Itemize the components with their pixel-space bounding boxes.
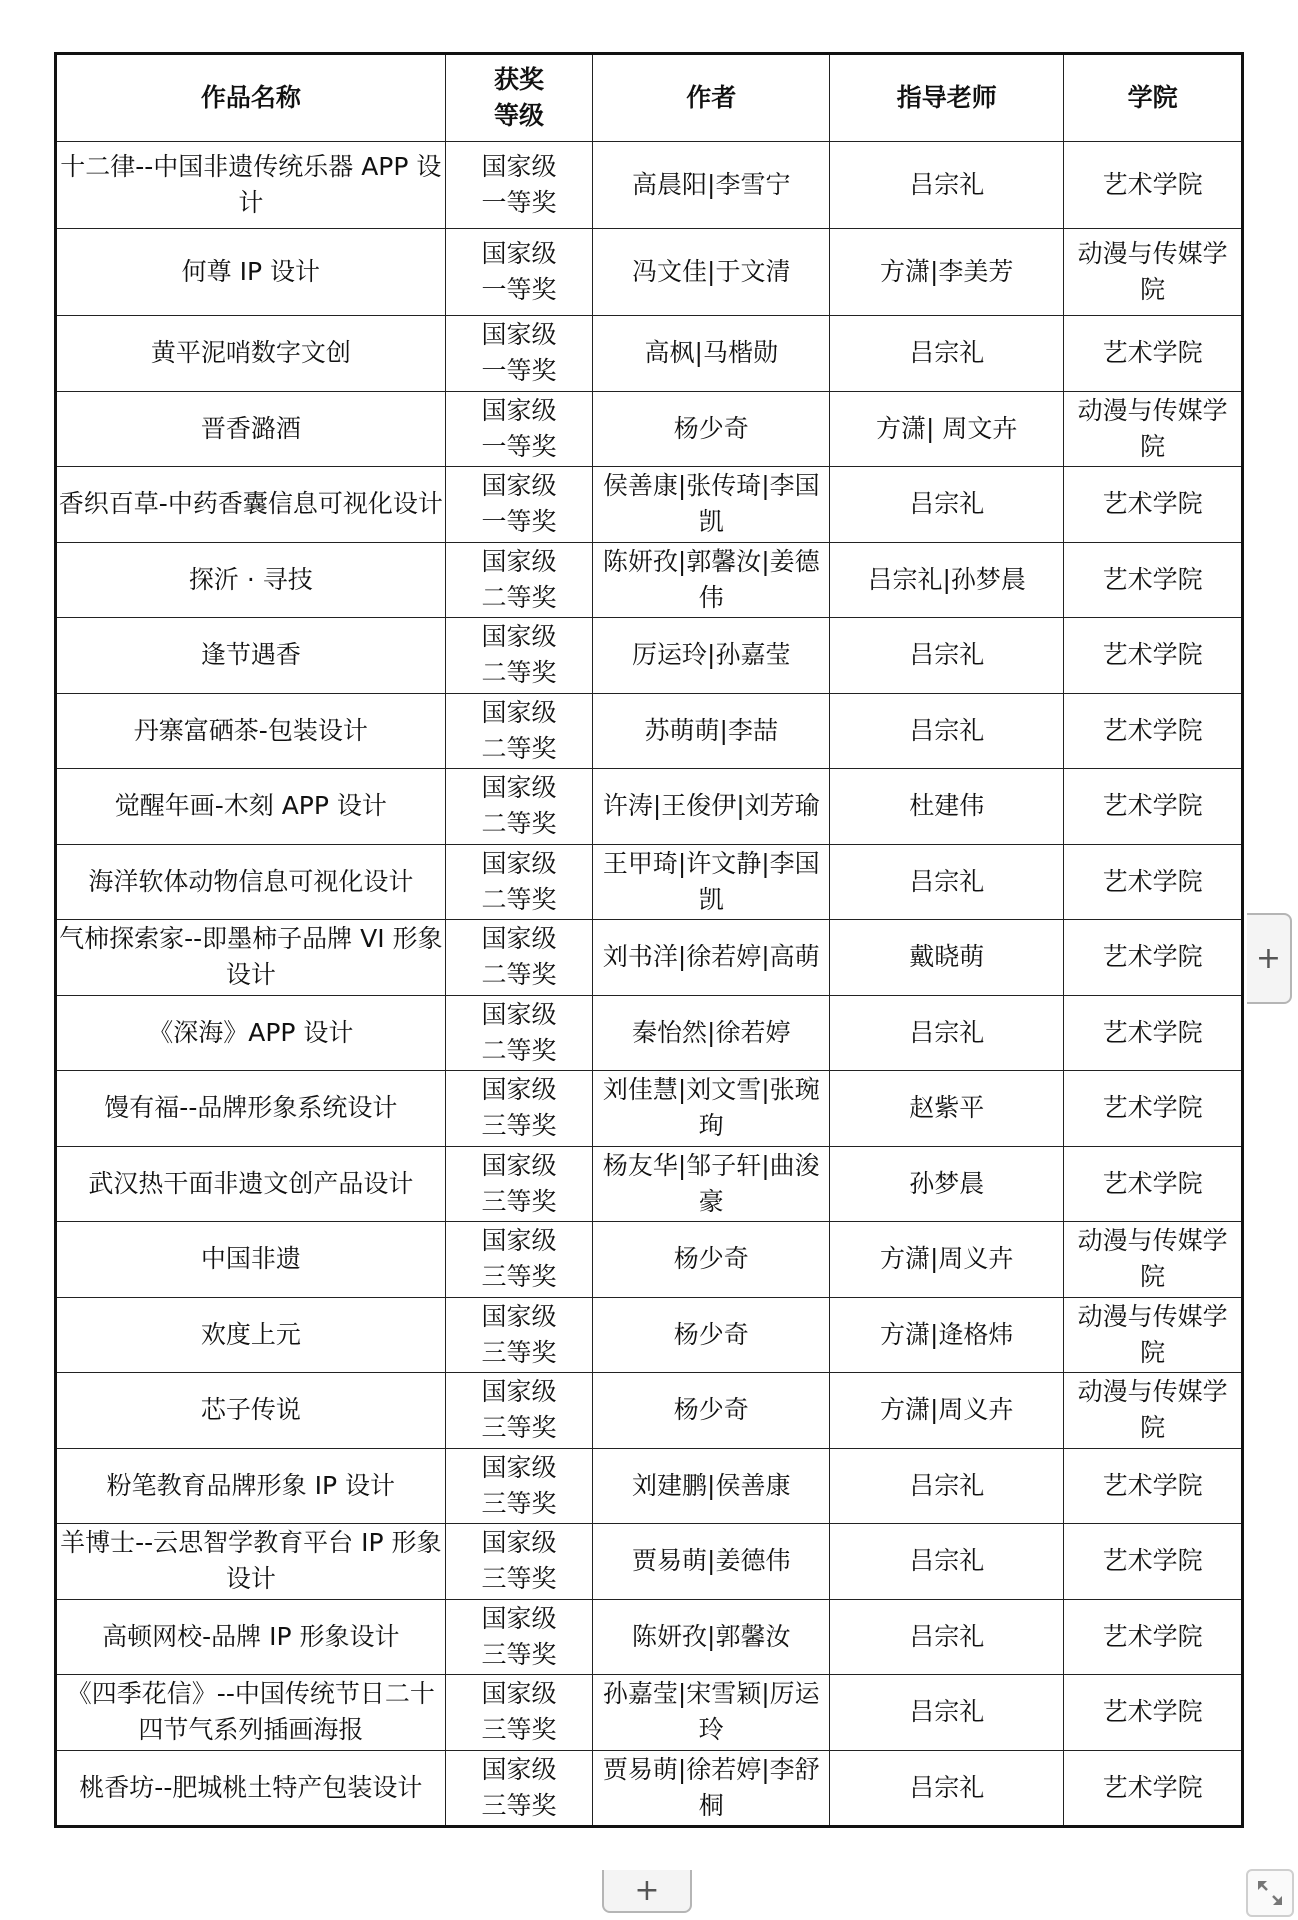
cell-award: 国家级三等奖 <box>445 1524 593 1600</box>
cell-award: 国家级三等奖 <box>445 1071 593 1147</box>
cell-authors: 贾易萌|徐若婷|李舒桐 <box>593 1750 830 1827</box>
cell-authors: 贾易萌|姜德伟 <box>593 1524 830 1600</box>
award-level: 国家级 <box>481 152 556 181</box>
award-level: 国家级 <box>481 773 556 802</box>
cell-title: 欢度上元 <box>56 1297 446 1373</box>
cell-authors: 杨少奇 <box>593 1373 830 1449</box>
cell-advisor: 吕宗礼 <box>830 844 1064 920</box>
cell-title: 香织百草-中药香囊信息可视化设计 <box>56 467 446 543</box>
table-row: 香织百草-中药香囊信息可视化设计国家级一等奖侯善康|张传琦|李国凯吕宗礼艺术学院 <box>56 467 1243 543</box>
add-row-button[interactable]: + <box>602 1870 692 1913</box>
resize-diagonal-icon <box>1254 1877 1286 1909</box>
cell-award: 国家级三等奖 <box>445 1373 593 1449</box>
award-prize: 一等奖 <box>481 507 556 536</box>
cell-title: 丹寨富硒茶-包装设计 <box>56 693 446 769</box>
cell-college: 艺术学院 <box>1064 542 1243 618</box>
award-level: 国家级 <box>481 622 556 651</box>
cell-college: 艺术学院 <box>1064 769 1243 845</box>
cell-advisor: 杜建伟 <box>830 769 1064 845</box>
award-prize: 三等奖 <box>481 1564 556 1593</box>
cell-college: 艺术学院 <box>1064 693 1243 769</box>
cell-authors: 冯文佳|于文清 <box>593 229 830 316</box>
advisor-text: 方潇|周义卉 <box>877 1392 1017 1428</box>
table-row: 十二律--中国非遗传统乐器 APP 设计国家级一等奖高晨阳|李雪宁吕宗礼艺术学院 <box>56 142 1243 229</box>
cell-advisor: 吕宗礼 <box>830 1675 1064 1751</box>
table-row: 《深海》APP 设计国家级二等奖秦怡然|徐若婷吕宗礼艺术学院 <box>56 995 1243 1071</box>
table-row: 《四季花信》--中国传统节日二十四节气系列插画海报国家级三等奖孙嘉莹|宋雪颖|厉… <box>56 1675 1243 1751</box>
cell-authors: 杨少奇 <box>593 1222 830 1298</box>
cell-title: 何尊 IP 设计 <box>56 229 446 316</box>
cell-advisor: 方潇|周义卉 <box>830 1222 1064 1298</box>
cell-award: 国家级二等奖 <box>445 693 593 769</box>
cell-college: 艺术学院 <box>1064 1448 1243 1524</box>
advisor-text: 方潇|逄格炜 <box>877 1317 1017 1353</box>
cell-title: 中国非遗 <box>56 1222 446 1298</box>
cell-college: 艺术学院 <box>1064 1599 1243 1675</box>
cell-advisor: 吕宗礼 <box>830 316 1064 392</box>
cell-college: 动漫与传媒学院 <box>1064 1373 1243 1449</box>
award-prize: 三等奖 <box>481 1489 556 1518</box>
award-prize: 三等奖 <box>481 1791 556 1820</box>
cell-title: 海洋软体动物信息可视化设计 <box>56 844 446 920</box>
cell-title: 芯子传说 <box>56 1373 446 1449</box>
cell-advisor: 吕宗礼 <box>830 693 1064 769</box>
award-level: 国家级 <box>481 1075 556 1104</box>
cell-college: 艺术学院 <box>1064 142 1243 229</box>
cell-award: 国家级二等奖 <box>445 844 593 920</box>
award-prize: 二等奖 <box>481 734 556 763</box>
awards-table: 作品名称 获奖等级 作者 指导老师 学院 十二律--中国非遗传统乐器 APP 设… <box>54 52 1244 1828</box>
award-prize: 二等奖 <box>481 809 556 838</box>
award-level: 国家级 <box>481 1755 556 1784</box>
cell-advisor: 孙梦晨 <box>830 1146 1064 1222</box>
cell-authors: 陈妍孜|郭馨汝 <box>593 1599 830 1675</box>
cell-authors: 刘佳慧|刘文雪|张琬珣 <box>593 1071 830 1147</box>
award-level: 国家级 <box>481 1151 556 1180</box>
cell-college: 艺术学院 <box>1064 467 1243 543</box>
cell-authors: 王甲琦|许文静|李国凯 <box>593 844 830 920</box>
cell-title: 晋香潞酒 <box>56 391 446 467</box>
table-row: 气柿探索家--即墨柿子品牌 VI 形象设计国家级二等奖刘书洋|徐若婷|高萌戴晓萌… <box>56 920 1243 996</box>
table-row: 探沂 · 寻技国家级二等奖陈妍孜|郭馨汝|姜德伟吕宗礼|孙梦晨艺术学院 <box>56 542 1243 618</box>
cell-advisor: 吕宗礼 <box>830 995 1064 1071</box>
award-level: 国家级 <box>481 1679 556 1708</box>
cell-award: 国家级三等奖 <box>445 1297 593 1373</box>
cell-advisor: 吕宗礼 <box>830 1524 1064 1600</box>
award-level: 国家级 <box>481 1377 556 1406</box>
table-row: 粉笔教育品牌形象 IP 设计国家级三等奖刘建鹏|侯善康吕宗礼艺术学院 <box>56 1448 1243 1524</box>
table-row: 觉醒年画-木刻 APP 设计国家级二等奖许涛|王俊伊|刘芳瑜杜建伟艺术学院 <box>56 769 1243 845</box>
cell-award: 国家级三等奖 <box>445 1599 593 1675</box>
award-prize: 一等奖 <box>481 188 556 217</box>
award-prize: 三等奖 <box>481 1413 556 1442</box>
table-header-row: 作品名称 获奖等级 作者 指导老师 学院 <box>56 54 1243 142</box>
cell-award: 国家级三等奖 <box>445 1448 593 1524</box>
cell-authors: 许涛|王俊伊|刘芳瑜 <box>593 769 830 845</box>
cell-college: 艺术学院 <box>1064 844 1243 920</box>
cell-college: 艺术学院 <box>1064 1675 1243 1751</box>
cell-advisor: 方潇|周义卉 <box>830 1373 1064 1449</box>
cell-award: 国家级一等奖 <box>445 142 593 229</box>
cell-authors: 杨友华|邹子轩|曲浚豪 <box>593 1146 830 1222</box>
cell-college: 动漫与传媒学院 <box>1064 1297 1243 1373</box>
table-row: 武汉热干面非遗文创产品设计国家级三等奖杨友华|邹子轩|曲浚豪孙梦晨艺术学院 <box>56 1146 1243 1222</box>
table-row: 晋香潞酒国家级一等奖杨少奇方潇| 周文卉动漫与传媒学院 <box>56 391 1243 467</box>
cell-award: 国家级二等奖 <box>445 920 593 996</box>
cell-advisor: 方潇|逄格炜 <box>830 1297 1064 1373</box>
table-row: 羊博士--云思智学教育平台 IP 形象设计国家级三等奖贾易萌|姜德伟吕宗礼艺术学… <box>56 1524 1243 1600</box>
award-level: 国家级 <box>481 1226 556 1255</box>
cell-title: 黄平泥哨数字文创 <box>56 316 446 392</box>
award-level: 国家级 <box>481 924 556 953</box>
cell-advisor: 吕宗礼 <box>830 467 1064 543</box>
cell-title: 觉醒年画-木刻 APP 设计 <box>56 769 446 845</box>
cell-college: 动漫与传媒学院 <box>1064 391 1243 467</box>
award-prize: 三等奖 <box>481 1640 556 1669</box>
award-level: 国家级 <box>481 239 556 268</box>
table-row: 欢度上元国家级三等奖杨少奇方潇|逄格炜动漫与传媒学院 <box>56 1297 1243 1373</box>
award-level: 国家级 <box>481 1302 556 1331</box>
cell-title: 羊博士--云思智学教育平台 IP 形象设计 <box>56 1524 446 1600</box>
cell-advisor: 吕宗礼 <box>830 1448 1064 1524</box>
award-prize: 三等奖 <box>481 1111 556 1140</box>
cell-college: 艺术学院 <box>1064 618 1243 694</box>
award-level: 国家级 <box>481 698 556 727</box>
award-level: 国家级 <box>481 1000 556 1029</box>
award-level: 国家级 <box>481 471 556 500</box>
cell-authors: 高枫|马楷勋 <box>593 316 830 392</box>
cell-authors: 杨少奇 <box>593 1297 830 1373</box>
cell-advisor: 方潇|李美芳 <box>830 229 1064 316</box>
cell-authors: 刘建鹏|侯善康 <box>593 1448 830 1524</box>
cell-advisor: 吕宗礼 <box>830 142 1064 229</box>
award-level: 国家级 <box>481 1453 556 1482</box>
cell-authors: 高晨阳|李雪宁 <box>593 142 830 229</box>
plus-icon: + <box>634 1873 659 1908</box>
table-row: 高顿网校-品牌 IP 形象设计国家级三等奖陈妍孜|郭馨汝吕宗礼艺术学院 <box>56 1599 1243 1675</box>
cell-title: 馒有福--品牌形象系统设计 <box>56 1071 446 1147</box>
table-row: 黄平泥哨数字文创国家级一等奖高枫|马楷勋吕宗礼艺术学院 <box>56 316 1243 392</box>
award-prize: 二等奖 <box>481 658 556 687</box>
cell-authors: 杨少奇 <box>593 391 830 467</box>
header-award-line1: 获奖 <box>494 65 544 94</box>
cell-advisor: 方潇| 周文卉 <box>830 391 1064 467</box>
cell-advisor: 吕宗礼 <box>830 618 1064 694</box>
table-row: 中国非遗国家级三等奖杨少奇方潇|周义卉动漫与传媒学院 <box>56 1222 1243 1298</box>
cell-college: 艺术学院 <box>1064 1524 1243 1600</box>
cell-authors: 孙嘉莹|宋雪颖|厉运玲 <box>593 1675 830 1751</box>
table-row: 芯子传说国家级三等奖杨少奇方潇|周义卉动漫与传媒学院 <box>56 1373 1243 1449</box>
award-prize: 二等奖 <box>481 885 556 914</box>
cell-title: 桃香坊--肥城桃土特产包装设计 <box>56 1750 446 1827</box>
cell-authors: 厉运玲|孙嘉莹 <box>593 618 830 694</box>
award-prize: 一等奖 <box>481 356 556 385</box>
advisor-text: 方潇|周义卉 <box>877 1241 1017 1277</box>
cell-college: 艺术学院 <box>1064 995 1243 1071</box>
header-college: 学院 <box>1064 54 1243 142</box>
header-advisor: 指导老师 <box>830 54 1064 142</box>
cell-authors: 侯善康|张传琦|李国凯 <box>593 467 830 543</box>
cell-title: 《四季花信》--中国传统节日二十四节气系列插画海报 <box>56 1675 446 1751</box>
cell-award: 国家级三等奖 <box>445 1222 593 1298</box>
table-row: 桃香坊--肥城桃土特产包装设计国家级三等奖贾易萌|徐若婷|李舒桐吕宗礼艺术学院 <box>56 1750 1243 1827</box>
cell-college: 艺术学院 <box>1064 1071 1243 1147</box>
cell-award: 国家级三等奖 <box>445 1750 593 1827</box>
cell-college: 艺术学院 <box>1064 920 1243 996</box>
cell-award: 国家级二等奖 <box>445 769 593 845</box>
cell-award: 国家级一等奖 <box>445 467 593 543</box>
cell-college: 艺术学院 <box>1064 1750 1243 1827</box>
cell-advisor: 吕宗礼|孙梦晨 <box>830 542 1064 618</box>
award-prize: 二等奖 <box>481 583 556 612</box>
cell-advisor: 赵紫平 <box>830 1071 1064 1147</box>
award-prize: 三等奖 <box>481 1187 556 1216</box>
header-title: 作品名称 <box>56 54 446 142</box>
cell-authors: 苏萌萌|李喆 <box>593 693 830 769</box>
add-column-button[interactable]: + <box>1247 913 1292 1004</box>
cell-authors: 陈妍孜|郭馨汝|姜德伟 <box>593 542 830 618</box>
cell-award: 国家级三等奖 <box>445 1146 593 1222</box>
table-row: 海洋软体动物信息可视化设计国家级二等奖王甲琦|许文静|李国凯吕宗礼艺术学院 <box>56 844 1243 920</box>
cell-award: 国家级一等奖 <box>445 229 593 316</box>
table-row: 逢节遇香国家级二等奖厉运玲|孙嘉莹吕宗礼艺术学院 <box>56 618 1243 694</box>
table-row: 丹寨富硒茶-包装设计国家级二等奖苏萌萌|李喆吕宗礼艺术学院 <box>56 693 1243 769</box>
header-authors: 作者 <box>593 54 830 142</box>
cell-advisor: 吕宗礼 <box>830 1750 1064 1827</box>
cell-title: 武汉热干面非遗文创产品设计 <box>56 1146 446 1222</box>
cell-award: 国家级二等奖 <box>445 542 593 618</box>
award-prize: 三等奖 <box>481 1262 556 1291</box>
cell-college: 动漫与传媒学院 <box>1064 1222 1243 1298</box>
cell-award: 国家级一等奖 <box>445 391 593 467</box>
cell-title: 《深海》APP 设计 <box>56 995 446 1071</box>
cell-advisor: 戴晓萌 <box>830 920 1064 996</box>
cell-award: 国家级一等奖 <box>445 316 593 392</box>
cell-title: 十二律--中国非遗传统乐器 APP 设计 <box>56 142 446 229</box>
header-award-line2: 等级 <box>494 101 544 130</box>
award-prize: 三等奖 <box>481 1338 556 1367</box>
plus-icon: + <box>1256 941 1281 976</box>
award-level: 国家级 <box>481 849 556 878</box>
award-level: 国家级 <box>481 1604 556 1633</box>
table-row: 馒有福--品牌形象系统设计国家级三等奖刘佳慧|刘文雪|张琬珣赵紫平艺术学院 <box>56 1071 1243 1147</box>
award-prize: 三等奖 <box>481 1715 556 1744</box>
cell-title: 探沂 · 寻技 <box>56 542 446 618</box>
table-row: 何尊 IP 设计国家级一等奖冯文佳|于文清方潇|李美芳动漫与传媒学院 <box>56 229 1243 316</box>
header-award: 获奖等级 <box>445 54 593 142</box>
cell-award: 国家级三等奖 <box>445 1675 593 1751</box>
cell-college: 动漫与传媒学院 <box>1064 229 1243 316</box>
cell-title: 逢节遇香 <box>56 618 446 694</box>
cell-title: 高顿网校-品牌 IP 形象设计 <box>56 1599 446 1675</box>
award-prize: 一等奖 <box>481 275 556 304</box>
cell-authors: 刘书洋|徐若婷|高萌 <box>593 920 830 996</box>
award-prize: 一等奖 <box>481 432 556 461</box>
cell-award: 国家级二等奖 <box>445 995 593 1071</box>
award-level: 国家级 <box>481 1528 556 1557</box>
cell-title: 气柿探索家--即墨柿子品牌 VI 形象设计 <box>56 920 446 996</box>
cell-award: 国家级二等奖 <box>445 618 593 694</box>
award-level: 国家级 <box>481 320 556 349</box>
cell-college: 艺术学院 <box>1064 1146 1243 1222</box>
cell-advisor: 吕宗礼 <box>830 1599 1064 1675</box>
award-level: 国家级 <box>481 396 556 425</box>
cell-title: 粉笔教育品牌形象 IP 设计 <box>56 1448 446 1524</box>
award-prize: 二等奖 <box>481 960 556 989</box>
cell-authors: 秦怡然|徐若婷 <box>593 995 830 1071</box>
table-resize-handle[interactable] <box>1246 1869 1294 1917</box>
award-level: 国家级 <box>481 547 556 576</box>
award-prize: 二等奖 <box>481 1036 556 1065</box>
cell-college: 艺术学院 <box>1064 316 1243 392</box>
